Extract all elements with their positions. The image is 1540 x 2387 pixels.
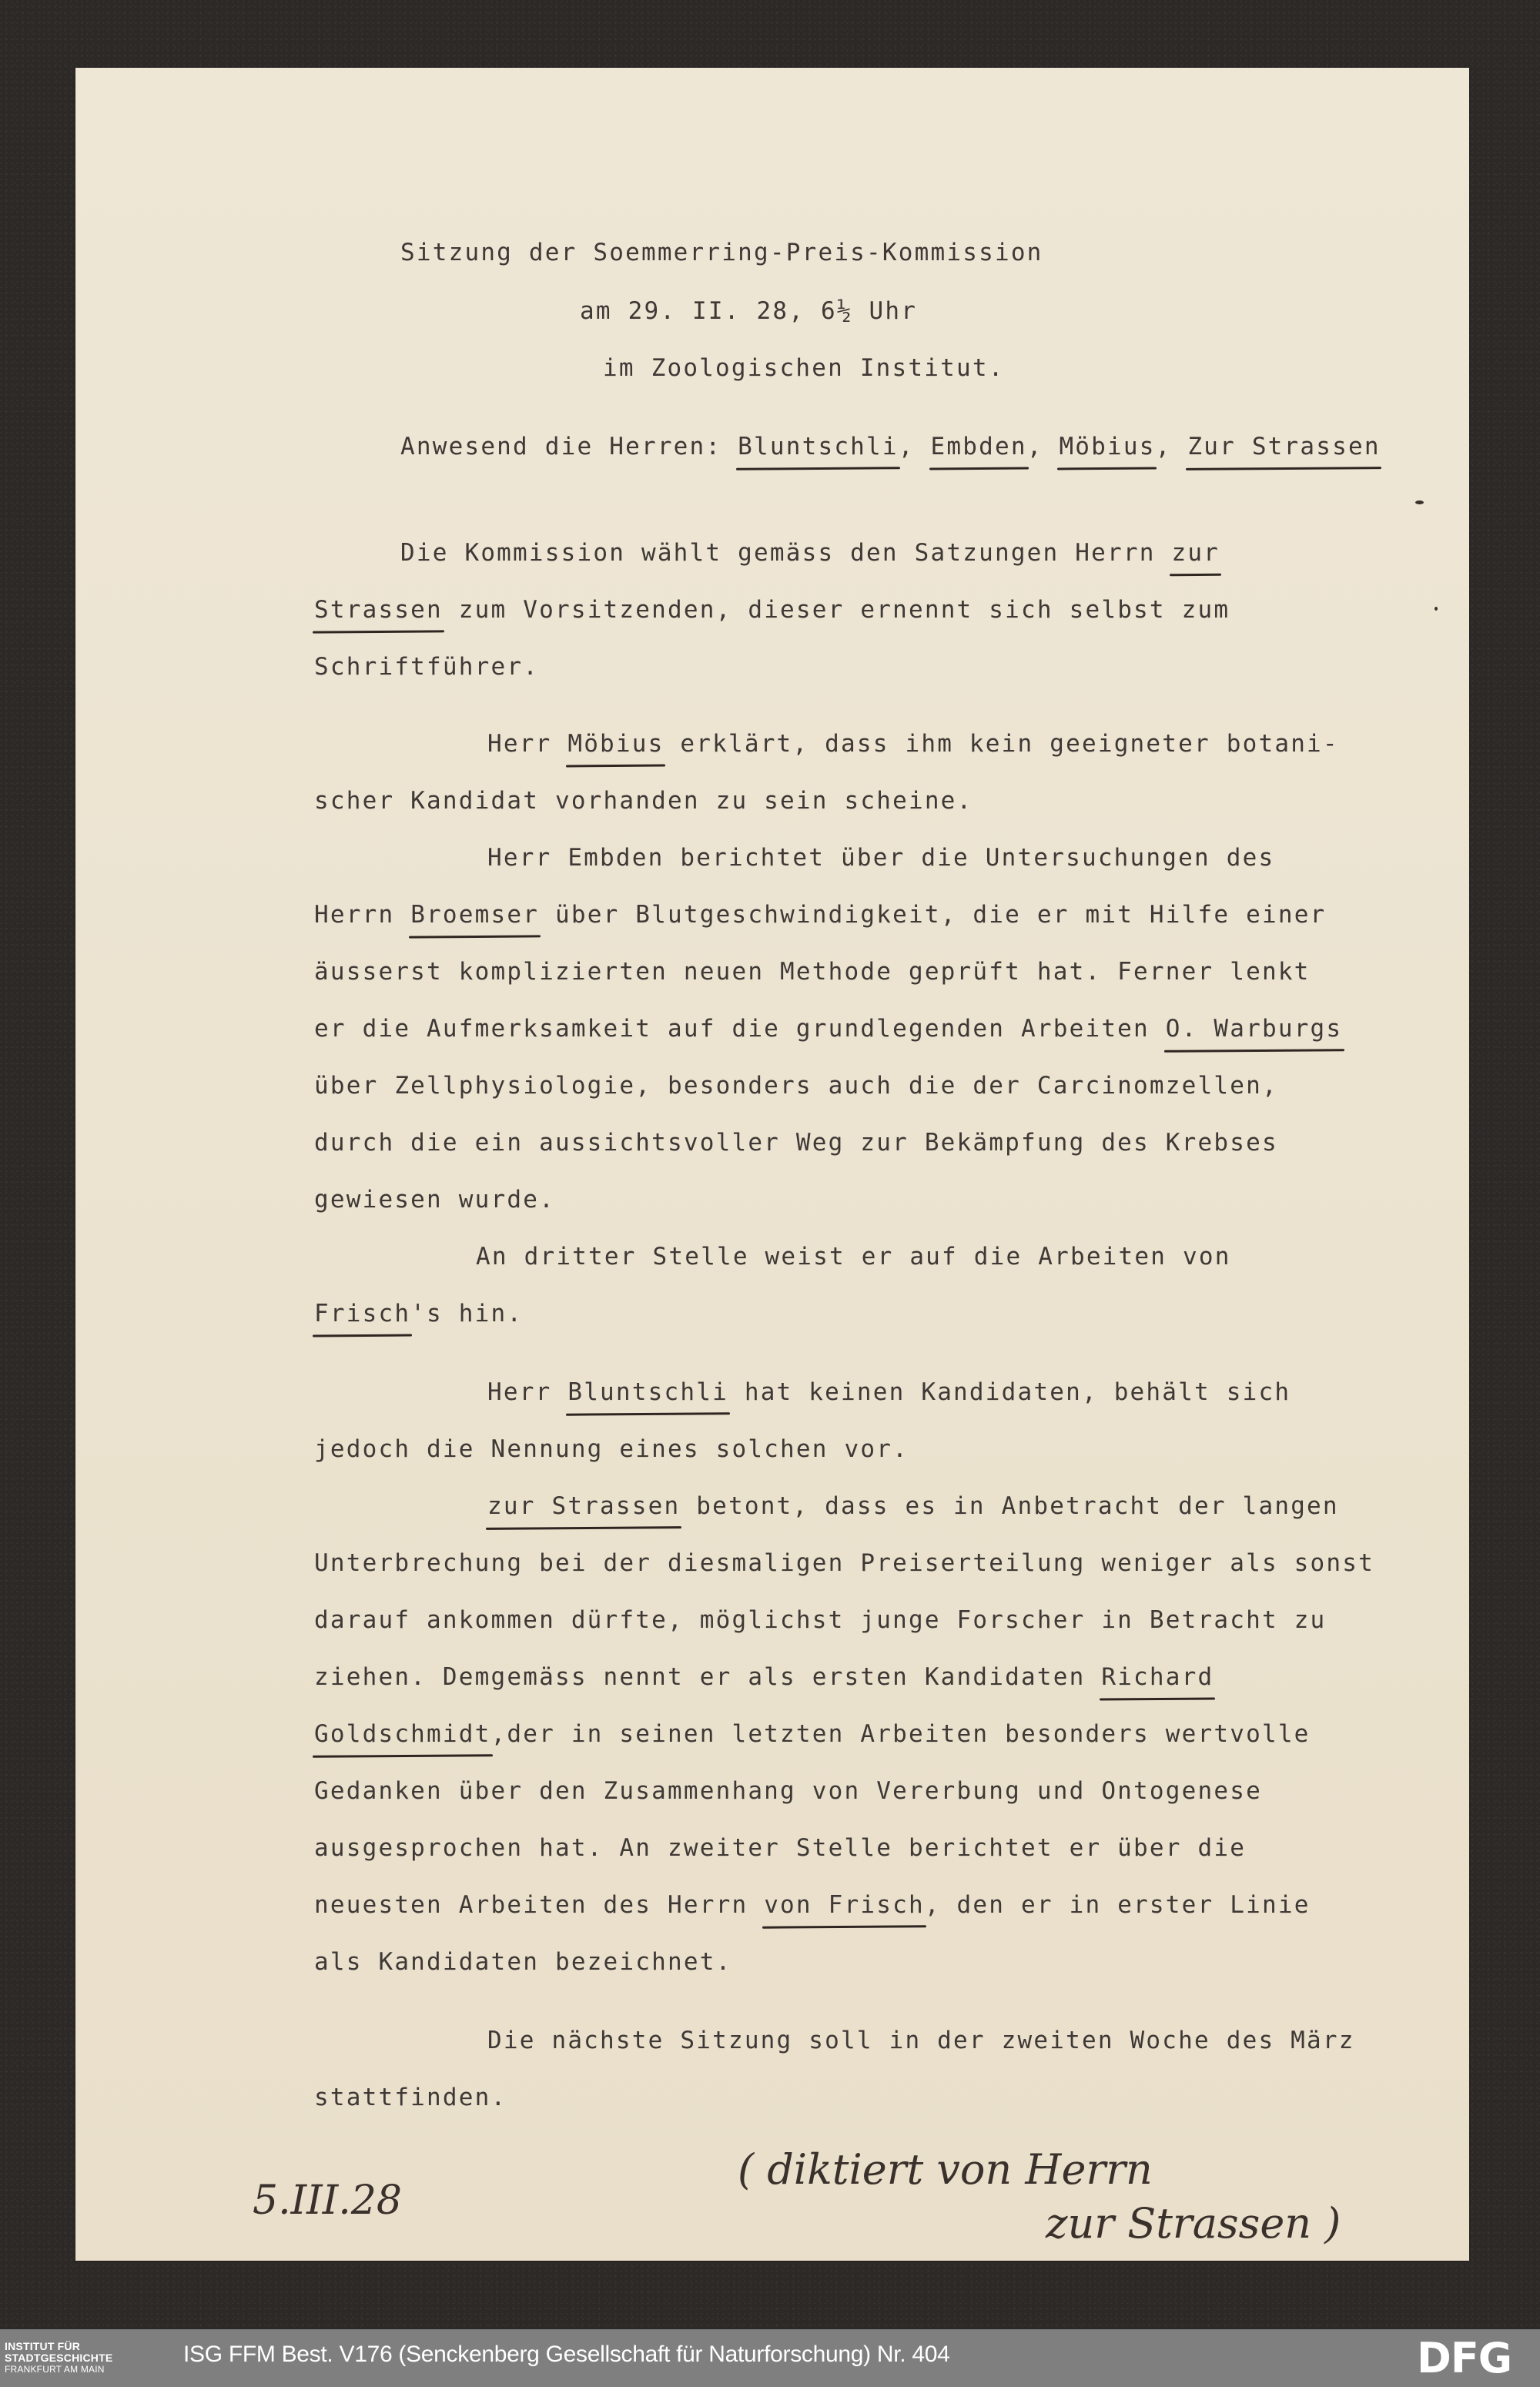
dfg-logo: DFG [1417, 2337, 1512, 2380]
paragraph-7-line-2: stattfinden. [314, 2084, 507, 2111]
paragraph-4-line-2: Frisch's hin. [314, 1300, 523, 1327]
underlined-name: von Frisch [764, 1891, 925, 1919]
handwritten-date: 5.III.28 [253, 2178, 402, 2224]
paragraph-7-line-1: Die nächste Sitzung soll in der zweiten … [487, 2027, 1355, 2054]
paragraph-3-line-6: durch die ein aussichtsvoller Weg zur Be… [314, 1129, 1278, 1157]
attendee-name: Zur Strassen [1187, 433, 1380, 460]
paragraph-6-line-7: ausgesprochen hat. An zweiter Stelle ber… [314, 1834, 1246, 1862]
paragraph-5-line-1: Herr Bluntschli hat keinen Kandidaten, b… [487, 1378, 1291, 1406]
paragraph-6-line-5: Goldschmidt,der in seinen letzten Arbeit… [314, 1720, 1311, 1748]
paragraph-3-line-5: über Zellphysiologie, besonders auch die… [314, 1072, 1278, 1100]
paragraph-1-line-2: Strassen zum Vorsitzenden, dieser ernenn… [314, 596, 1230, 624]
paragraph-6-line-8: neuesten Arbeiten des Herrn von Frisch, … [314, 1891, 1311, 1919]
underlined-name: Frisch [314, 1300, 410, 1327]
paragraph-6-line-1: zur Strassen betont, dass es in Anbetrac… [487, 1492, 1339, 1520]
paragraph-2-line-1: Herr Möbius erklärt, dass ihm kein geeig… [487, 730, 1339, 758]
underlined-name: O. Warburgs [1166, 1015, 1343, 1043]
attendees-line: Anwesend die Herren: Bluntschli, Embden,… [400, 433, 1381, 460]
paragraph-2-line-2: scher Kandidat vorhanden zu sein scheine… [314, 787, 973, 815]
paragraph-1-line-1: Die Kommission wählt gemäss den Satzunge… [400, 539, 1220, 567]
paragraph-3-line-1: Herr Embden berichtet über die Untersuch… [487, 844, 1274, 872]
ink-dot-mark [1435, 607, 1438, 611]
document-page: Sitzung der Soemmerring-Preis-Kommission… [75, 68, 1469, 2261]
underlined-name: Bluntschli [567, 1378, 728, 1406]
institute-logo: INSTITUT FÜR STADTGESCHICHTE FRANKFURT A… [5, 2341, 112, 2375]
paragraph-4-line-1: An dritter Stelle weist er auf die Arbei… [476, 1243, 1231, 1270]
underlined-name: Broemser [410, 901, 539, 929]
underlined-name: zur Strassen [487, 1492, 680, 1520]
paragraph-6-line-6: Gedanken über den Zusammenhang von Verer… [314, 1777, 1262, 1805]
attendee-name: Möbius [1059, 433, 1155, 460]
paragraph-6-line-4: ziehen. Demgemäss nennt er als ersten Ka… [314, 1663, 1214, 1691]
paragraph-5-line-2: jedoch die Nennung eines solchen vor. [314, 1435, 909, 1463]
paragraph-3-line-4: er die Aufmerksamkeit auf die grundlegen… [314, 1015, 1342, 1043]
paragraph-6-line-2: Unterbrechung bei der diesmaligen Preise… [314, 1549, 1374, 1577]
attendee-name: Embden [931, 433, 1027, 460]
archive-footer-bar: INSTITUT FÜR STADTGESCHICHTE FRANKFURT A… [0, 2329, 1540, 2387]
document-title: Sitzung der Soemmerring-Preis-Kommission [400, 239, 1043, 266]
paragraph-6-line-3: darauf ankommen dürfte, möglichst junge … [314, 1606, 1326, 1634]
underlined-name: Richard [1101, 1663, 1214, 1691]
paragraph-3-line-2: Herrn Broemser über Blutgeschwindigkeit,… [314, 901, 1326, 929]
attendee-name: Bluntschli [738, 433, 899, 460]
paragraph-6-line-9: als Kandidaten bezeichnet. [314, 1948, 731, 1976]
archive-caption: ISG FFM Best. V176 (Senckenberg Gesellsc… [183, 2342, 950, 2368]
ink-dot-mark [1415, 500, 1424, 504]
handwritten-note-line-1: ( diktiert von Herrn [738, 2145, 1153, 2194]
underlined-name: Möbius [567, 730, 664, 758]
underlined-name: Strassen [314, 596, 443, 624]
paragraph-1-line-3: Schriftführer. [314, 653, 539, 681]
paragraph-3-line-7: gewiesen wurde. [314, 1186, 555, 1214]
paragraph-3-line-3: äusserst komplizierten neuen Methode gep… [314, 958, 1311, 986]
meeting-location-line: im Zoologischen Institut. [603, 354, 1005, 382]
underlined-name: Goldschmidt [314, 1720, 491, 1748]
attendees-prefix: Anwesend die Herren: [400, 433, 738, 460]
meeting-date-line: am 29. II. 28, 6½ Uhr [580, 297, 917, 325]
handwritten-note-line-2: zur Strassen ) [1046, 2199, 1341, 2248]
underlined-name: zur [1171, 539, 1220, 567]
